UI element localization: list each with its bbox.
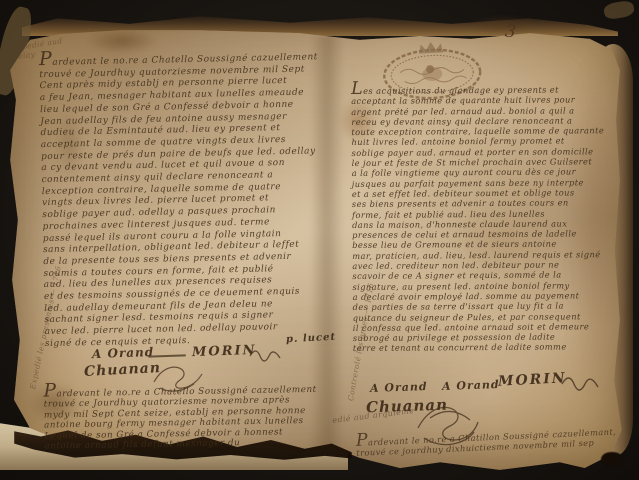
signature-a-orand-right-2: A Orand	[442, 378, 500, 393]
signature-a-orand-right-1: A Orand	[370, 380, 428, 395]
signature-paraph	[248, 344, 282, 362]
ink-blot	[601, 452, 623, 466]
page-number: 3	[504, 21, 517, 42]
signature-paraph	[560, 370, 600, 392]
left-page-act-1-text: Pardevant le no.re a Chatello Soussigné …	[39, 49, 339, 351]
manuscript-scan: { "colors": { "ink": "#43301d", "faded_i…	[0, 0, 639, 480]
right-page-act-text: Les acquisitions du glandage ey presents…	[351, 83, 629, 354]
signature-morin-left: MORIN	[192, 343, 257, 360]
manuscript-line: terre et tenant au concurrent de ladite …	[353, 341, 629, 353]
left-page-act-2-text: Pardevant le no.re a Chatello Soussigné …	[43, 381, 338, 452]
signature-a-orand-left: A Orand	[92, 345, 155, 361]
corner-fray	[603, 0, 635, 20]
